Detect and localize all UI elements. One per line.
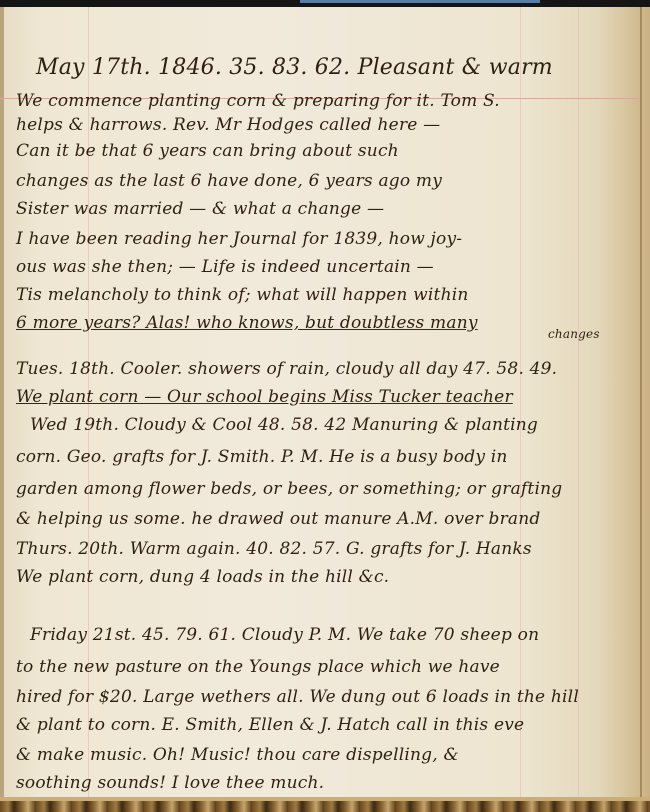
margin-line-right: [520, 7, 521, 802]
entry-line: Can it be that 6 years can bring about s…: [16, 141, 399, 161]
marginal-note: changes: [548, 327, 600, 341]
entry-line: 6 more years? Alas! who knows, but doubt…: [16, 313, 478, 333]
entry-line: helps & harrows. Rev. Mr Hodges called h…: [16, 115, 440, 135]
entry-header-may-17: May 17th. 1846. 35. 83. 62. Pleasant & w…: [36, 55, 553, 80]
page-fold-line: [640, 7, 642, 802]
entry-line-wed-19: Wed 19th. Cloudy & Cool 48. 58. 42 Manur…: [30, 415, 538, 435]
entry-line: We commence planting corn & preparing fo…: [16, 91, 500, 111]
entry-line-friday-21: Friday 21st. 45. 79. 61. Cloudy P. M. We…: [30, 625, 539, 645]
entry-line: I have been reading her Journal for 1839…: [16, 229, 462, 249]
entry-line: We plant corn, dung 4 loads in the hill …: [16, 567, 389, 587]
entry-line: to the new pasture on the Youngs place w…: [16, 657, 500, 677]
entry-line: soothing sounds! I love thee much.: [16, 773, 324, 793]
entry-line: We plant corn — Our school begins Miss T…: [16, 387, 513, 407]
entry-line: & make music. Oh! Music! thou care dispe…: [16, 745, 459, 765]
entry-line-tues-18: Tues. 18th. Cooler. showers of rain, clo…: [16, 359, 557, 379]
entry-line-thurs-20: Thurs. 20th. Warm again. 40. 82. 57. G. …: [16, 539, 532, 559]
entry-line: & helping us some. he drawed out manure …: [16, 509, 540, 529]
margin-line-far-right: [578, 7, 579, 802]
diary-page: May 17th. 1846. 35. 83. 62. Pleasant & w…: [0, 7, 650, 802]
scan-backing-strip: [300, 0, 540, 3]
page-left-edge: [0, 7, 4, 802]
entry-line: changes as the last 6 have done, 6 years…: [16, 171, 442, 191]
entry-line: & plant to corn. E. Smith, Ellen & J. Ha…: [16, 715, 524, 735]
entry-line: hired for $20. Large wethers all. We dun…: [16, 687, 579, 707]
entry-line: Sister was married — & what a change —: [16, 199, 384, 219]
marbled-book-edge: [0, 797, 650, 812]
entry-line: garden among flower beds, or bees, or so…: [16, 479, 562, 499]
entry-line: corn. Geo. grafts for J. Smith. P. M. He…: [16, 447, 508, 467]
entry-line: Tis melancholy to think of; what will ha…: [16, 285, 469, 305]
entry-line: ous was she then; — Life is indeed uncer…: [16, 257, 434, 277]
